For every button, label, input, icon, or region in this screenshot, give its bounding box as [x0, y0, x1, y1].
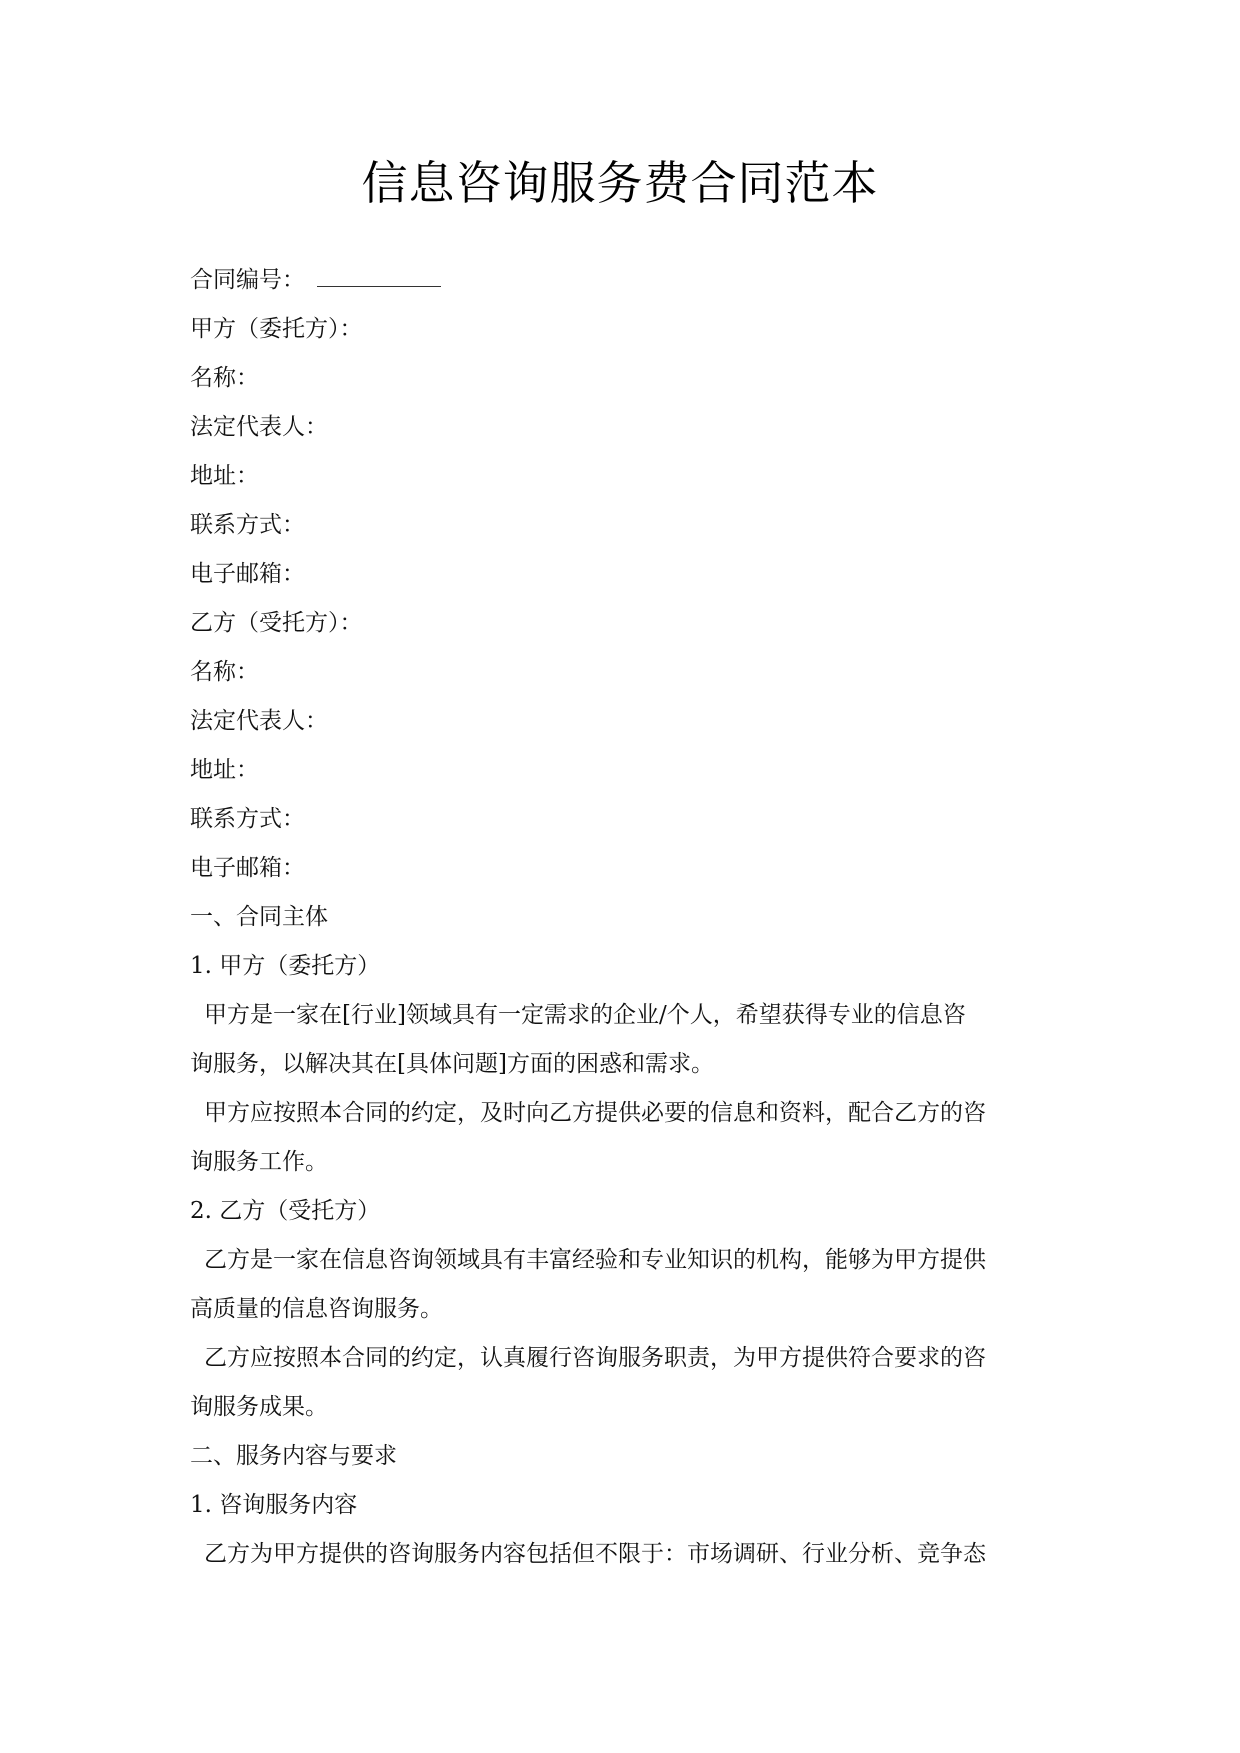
party-a-email-field: 电子邮箱： — [190, 550, 1060, 599]
document-page: 信息咨询服务费合同范本 合同编号： 甲方（委托方）： 名称： 法定代表人： 地址… — [0, 0, 1240, 1753]
paragraph: 甲方是一家在[行业]领域具有一定需求的企业/个人，希望获得专业的信息咨 询服务，… — [190, 991, 1060, 1089]
paragraph: 甲方应按照本合同的约定，及时向乙方提供必要的信息和资料，配合乙方的咨 询服务工作… — [190, 1089, 1060, 1187]
party-b-name-field: 名称： — [190, 648, 1060, 697]
party-a-heading: 甲方（委托方）： — [190, 305, 1060, 354]
subsection-1-1-heading: 1. 甲方（委托方） — [190, 942, 1060, 991]
paragraph: 乙方是一家在信息咨询领域具有丰富经验和专业知识的机构，能够为甲方提供 高质量的信… — [190, 1236, 1060, 1334]
subsection-2-1-heading: 1. 咨询服务内容 — [190, 1481, 1060, 1530]
contract-number-label: 合同编号： — [190, 267, 305, 293]
party-b-contact-field: 联系方式： — [190, 795, 1060, 844]
party-b-address-field: 地址： — [190, 746, 1060, 795]
contract-number-line: 合同编号： — [190, 256, 1060, 305]
subsection-1-2-heading: 2. 乙方（受托方） — [190, 1187, 1060, 1236]
party-b-email-field: 电子邮箱： — [190, 844, 1060, 893]
party-a-address-field: 地址： — [190, 452, 1060, 501]
party-b-legal-rep-field: 法定代表人： — [190, 697, 1060, 746]
party-b-heading: 乙方（受托方）： — [190, 599, 1060, 648]
paragraph: 乙方为甲方提供的咨询服务内容包括但不限于：市场调研、行业分析、竞争态 — [190, 1530, 1060, 1579]
paragraph: 乙方应按照本合同的约定，认真履行咨询服务职责，为甲方提供符合要求的咨 询服务成果… — [190, 1334, 1060, 1432]
document-body: 合同编号： 甲方（委托方）： 名称： 法定代表人： 地址： 联系方式： 电子邮箱… — [190, 256, 1060, 1579]
contract-number-blank[interactable] — [317, 268, 441, 287]
section-1-heading: 一、合同主体 — [190, 893, 1060, 942]
party-a-legal-rep-field: 法定代表人： — [190, 403, 1060, 452]
party-a-name-field: 名称： — [190, 354, 1060, 403]
section-2-heading: 二、服务内容与要求 — [190, 1432, 1060, 1481]
party-a-contact-field: 联系方式： — [190, 501, 1060, 550]
document-title: 信息咨询服务费合同范本 — [0, 150, 1240, 216]
